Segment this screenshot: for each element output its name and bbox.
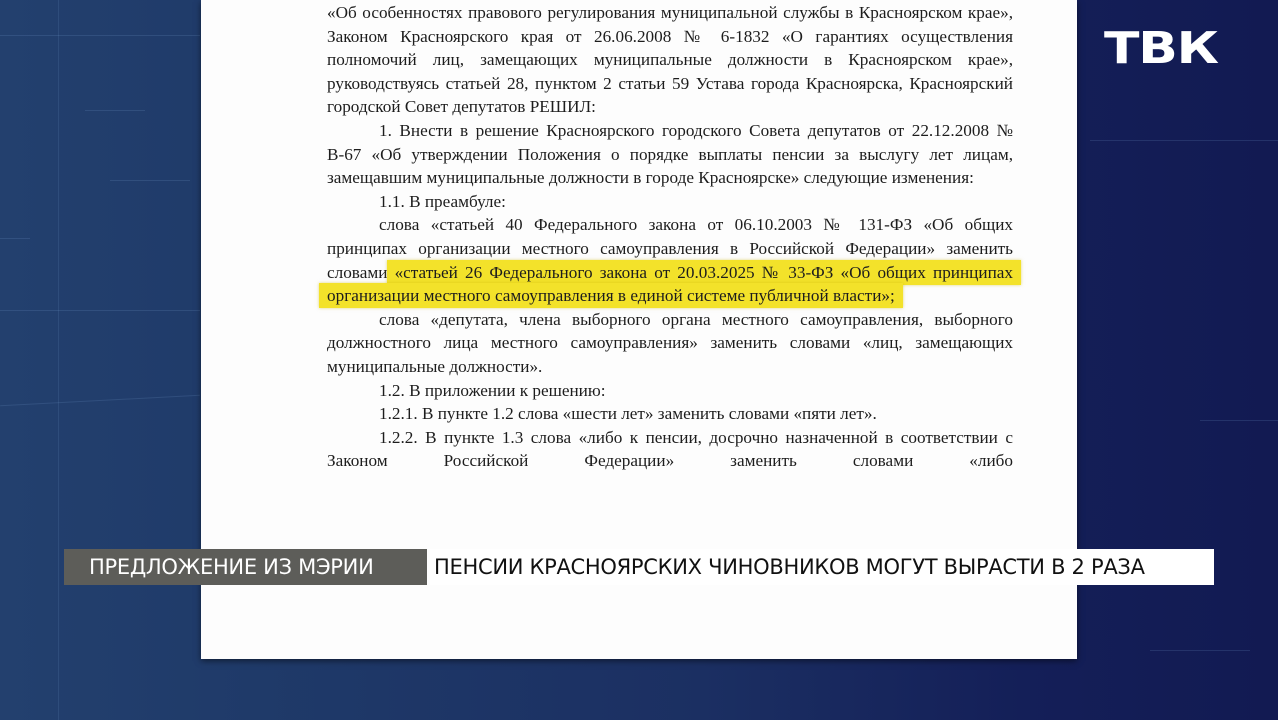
doc-paragraph: «Об особенностях правового регулирования…	[327, 1, 1013, 119]
background-line	[85, 110, 145, 111]
doc-paragraph: 1.2.1. В пункте 1.2 слова «шести лет» за…	[327, 402, 1013, 426]
caption-tag: ПРЕДЛОЖЕНИЕ ИЗ МЭРИИ	[64, 549, 427, 585]
doc-paragraph: 1.2.2. В пункте 1.3 слова «либо к пенсии…	[327, 426, 1013, 473]
background-line	[0, 395, 200, 406]
caption-headline: ПЕНСИИ КРАСНОЯРСКИХ ЧИНОВНИКОВ МОГУТ ВЫР…	[430, 549, 1214, 585]
background-line	[1090, 140, 1278, 141]
background-line	[110, 180, 190, 181]
background-line	[58, 0, 59, 720]
doc-paragraph-highlighted: слова «статьей 40 Федерального закона от…	[327, 213, 1013, 307]
highlighted-text: «статьей 26 Федерального закона от 20.03…	[319, 260, 1021, 309]
background-line	[1200, 420, 1278, 421]
doc-paragraph: слова «депутата, члена выборного органа …	[327, 308, 1013, 379]
background-line	[0, 35, 200, 36]
background-line	[1150, 650, 1250, 651]
document-body: «Об особенностях правового регулирования…	[327, 1, 1013, 473]
doc-paragraph: 1.2. В приложении к решению:	[327, 379, 1013, 403]
doc-paragraph: 1.1. В преамбуле:	[327, 190, 1013, 214]
channel-logo: ТВК	[1104, 27, 1218, 71]
doc-paragraph: 1. Внести в решение Красноярского городс…	[327, 119, 1013, 190]
background-line	[0, 310, 200, 311]
background-line	[0, 238, 30, 239]
